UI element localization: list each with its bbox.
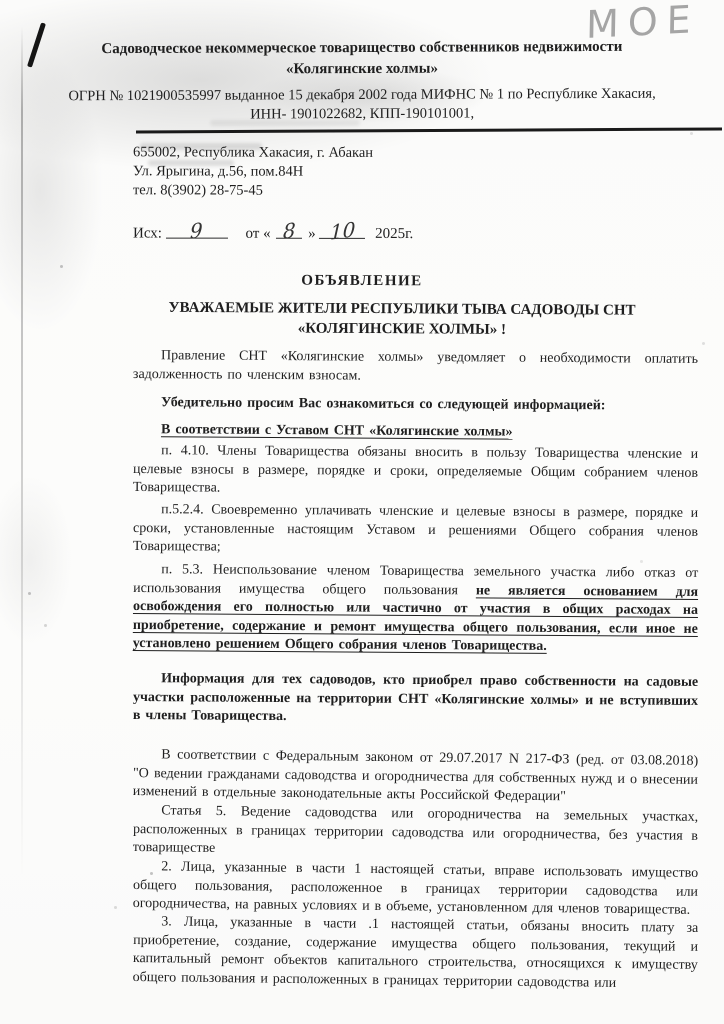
salutation-heading: УВАЖАЕМЫЕ ЖИТЕЛИ РЕСПУБЛИКИ ТЫВА САДОВОД…	[61, 297, 663, 341]
outgoing-from-label: от «	[245, 226, 270, 242]
ogrn-registration-line: ОГРН № 1021900535997 выданное 15 декабря…	[65, 85, 659, 126]
scan-speck	[640, 560, 643, 563]
document-title: ОБЪЯВЛЕНИЕ	[0, 271, 724, 292]
letterhead: Садоводческое некоммерческое товариществ…	[0, 36, 724, 125]
paragraph-clause-4-10: п. 4.10. Члены Товарищества обязаны внос…	[133, 442, 698, 502]
charter-section-heading: В соответствии с Уставом СНТ «Колягински…	[133, 421, 698, 444]
paragraph-federal-law: В соответствии с Федеральным законом от …	[133, 746, 699, 809]
scan-speck	[702, 342, 705, 345]
page-edge-scan-line	[21, 26, 23, 876]
scan-speck	[28, 592, 31, 595]
paragraph-part-2: 2. Лица, указанные в части 1 настоящей с…	[133, 858, 699, 921]
scan-speck	[114, 906, 117, 909]
outgoing-month-blank: 10	[319, 219, 365, 239]
paragraph-clause-5-2-4: п.5.2.4. Своевременно уплачивать членски…	[133, 501, 698, 561]
paragraph-info-nonmembers: Информация для тех садоводов, кто приобр…	[133, 670, 698, 730]
organization-name: Садоводческое некоммерческое товариществ…	[62, 37, 662, 82]
paragraph-request: Убедительно просим Вас ознакомиться со с…	[133, 394, 698, 417]
paragraph-notice: Правление СНТ «Колягинские холмы» уведом…	[133, 347, 698, 388]
address-line: Ул. Ярыгина, д.56, пом.84Н	[133, 163, 698, 183]
scan-speck	[690, 132, 693, 135]
letterhead-divider	[136, 128, 722, 134]
address-line: 655002, Республика Хакасия, г. Абакан	[133, 144, 698, 164]
scan-speck	[44, 624, 47, 627]
outgoing-number-blank: 9	[166, 219, 228, 239]
scanned-document-page: МОЕ Садоводческое некоммерческое товарищ…	[0, 0, 724, 1024]
outgoing-prefix: Исх:	[133, 226, 162, 242]
handwritten-outgoing-number: 9	[190, 218, 204, 244]
phone-line: тел. 8(3902) 28-75-45	[133, 182, 698, 202]
outgoing-number-line: Исх: 9 от « 8 » 10 2025г.	[133, 219, 698, 244]
outgoing-day-blank: 8	[276, 219, 302, 239]
handwritten-month: 10	[329, 217, 355, 245]
paragraph-clause-5-3: п. 5.3. Неиспользование членом Товарищес…	[133, 561, 699, 658]
address-block: 655002, Республика Хакасия, г. Абакан Ул…	[133, 144, 698, 202]
outgoing-year: 2025г.	[375, 226, 413, 242]
paragraph-article-5: Статья 5. Ведение садоводства или огород…	[133, 802, 699, 865]
charter-heading-text: В соответствии с Уставом СНТ «Колягински…	[161, 422, 513, 439]
scan-speck	[60, 265, 63, 268]
handwritten-day: 8	[283, 218, 297, 244]
outgoing-close-quote: »	[308, 226, 316, 242]
paragraph-part-3: 3. Лица, указанные в части .1 настоящей …	[133, 913, 699, 994]
